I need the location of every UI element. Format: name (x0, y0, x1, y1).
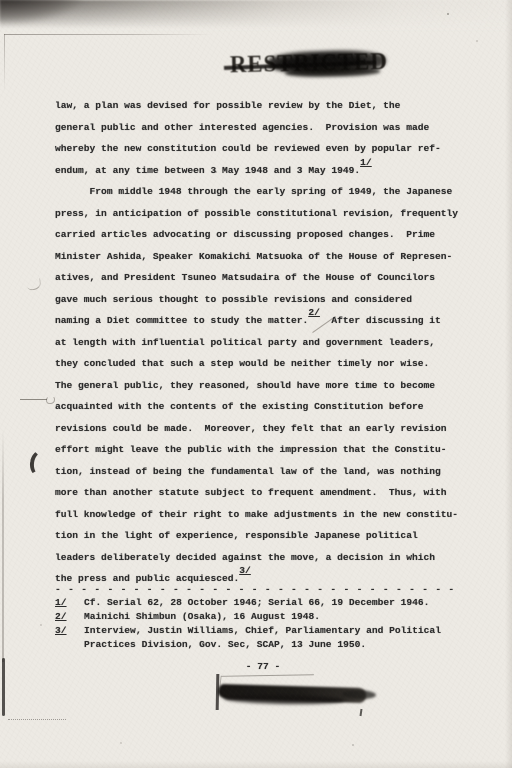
footnote-separator-dashes: - - - - - - - - - - - - - - - - - - - - … (55, 584, 475, 595)
footnote-line: 2/Mainichi Shimbun (Osaka), 16 August 19… (55, 610, 485, 624)
body-line-text: From middle 1948 through the early sprin… (55, 186, 452, 197)
body-line-text: naming a Diet committee to study the mat… (55, 315, 308, 326)
crease-line-vertical (4, 34, 5, 92)
body-line: whereby the new constitution could be re… (55, 138, 475, 160)
body-line: effort might leave the public with the i… (55, 439, 475, 461)
margin-check-mark (26, 278, 41, 291)
body-line: From middle 1948 through the early sprin… (55, 181, 475, 203)
restricted-stamp-struck-out: RESTRICTED (230, 48, 401, 86)
footnote-line: 1/Cf. Serial 62, 28 October 1946; Serial… (55, 596, 485, 610)
body-line-text: more than another statute subject to fre… (55, 487, 447, 498)
body-line: they concluded that such a step would be… (55, 353, 475, 375)
body-line-text: carried articles advocating or discussin… (55, 229, 435, 240)
body-line: law, a plan was devised for possible rev… (55, 95, 475, 117)
body-line-text: acquainted with the contents of the exis… (55, 401, 423, 412)
body-line: The general public, they reasoned, shoul… (55, 375, 475, 397)
footnote-reference-superscript: 3/ (239, 565, 251, 576)
body-line-text-after: After discussing it (320, 315, 441, 326)
body-line-text: tion in the light of experience, respons… (55, 530, 418, 541)
body-line-text: endum, at any time between 3 May 1948 an… (55, 165, 360, 176)
stamp-small-mark (360, 709, 363, 716)
footnote-text: Practices Division, Gov. Sec, SCAP, 13 J… (84, 639, 366, 650)
bottom-dotted-mark (8, 719, 66, 720)
page-right-edge-shading (505, 0, 512, 768)
scanned-document-page: RESTRICTED law, a plan was devised for p… (0, 0, 512, 768)
body-line-text: law, a plan was devised for possible rev… (55, 100, 400, 111)
left-edge-crease (2, 430, 4, 662)
body-line-text: Minister Ashida, Speaker Komakichi Matsu… (55, 251, 452, 262)
body-line-text: general public and other interested agen… (55, 122, 429, 133)
body-line: carried articles advocating or discussin… (55, 224, 475, 246)
body-line-text: revisions could be made. Moreover, they … (55, 423, 447, 434)
body-line-text: effort might leave the public with the i… (55, 444, 447, 455)
body-line-text: whereby the new constitution could be re… (55, 143, 441, 154)
footnote-number: 1/ (55, 596, 84, 610)
redacted-stamp-bottom (214, 672, 382, 720)
body-line: more than another statute subject to fre… (55, 482, 475, 504)
body-line: atives, and President Tsuneo Matsudaira … (55, 267, 475, 289)
page-bottom-edge-shading (0, 761, 512, 768)
margin-crescent-mark (28, 449, 53, 479)
footnote-number: 2/ (55, 610, 84, 624)
document-body: law, a plan was devised for possible rev… (55, 95, 475, 590)
body-line-text: full knowledge of their right to make ad… (55, 509, 458, 520)
body-line-text: at length with influential political par… (55, 337, 435, 348)
footnote-text: Mainichi Shimbun (Osaka), 16 August 1948… (84, 611, 320, 622)
body-line: revisions could be made. Moreover, they … (55, 418, 475, 440)
body-line: tion in the light of experience, respons… (55, 525, 475, 547)
body-line-text: press, in anticipation of possible const… (55, 208, 458, 219)
body-line-text: tion, instead of being the fundamental l… (55, 466, 441, 477)
footnote-text: Cf. Serial 62, 28 October 1946; Serial 6… (84, 597, 429, 608)
page-number: - 77 - (0, 661, 512, 672)
body-line-text: The general public, they reasoned, shoul… (55, 380, 435, 391)
body-line: at length with influential political par… (55, 332, 475, 354)
body-line: naming a Diet committee to study the mat… (55, 310, 475, 332)
body-line: acquainted with the contents of the exis… (55, 396, 475, 418)
body-line: gave much serious thought to possible re… (55, 289, 475, 311)
footnote-reference-superscript: 2/ (308, 307, 320, 318)
margin-squiggle-mark (46, 396, 55, 404)
body-line-text: the press and public acquiesced. (55, 573, 239, 584)
footnotes-block: 1/Cf. Serial 62, 28 October 1946; Serial… (55, 596, 485, 652)
margin-dash-mark (20, 399, 47, 400)
body-line: Minister Ashida, Speaker Komakichi Matsu… (55, 246, 475, 268)
body-line: press, in anticipation of possible const… (55, 203, 475, 225)
body-line-text: atives, and President Tsuneo Matsudaira … (55, 272, 435, 283)
body-line: general public and other interested agen… (55, 117, 475, 139)
body-line: endum, at any time between 3 May 1948 an… (55, 160, 475, 182)
footnote-line: Practices Division, Gov. Sec, SCAP, 13 J… (55, 638, 485, 652)
scan-specks (0, 0, 2, 2)
body-line: leaders deliberately decided against the… (55, 547, 475, 569)
footnote-line: 3/Interview, Justin Williams, Chief, Par… (55, 624, 485, 638)
scan-corner-blot (0, 0, 82, 24)
body-line-text: gave much serious thought to possible re… (55, 294, 412, 305)
body-line-text: they concluded that such a step would be… (55, 358, 429, 369)
footnote-number: 3/ (55, 624, 84, 638)
footnote-text: Interview, Justin Williams, Chief, Parli… (84, 625, 441, 636)
body-line-text: leaders deliberately decided against the… (55, 552, 435, 563)
footnote-reference-superscript: 1/ (360, 157, 372, 168)
body-line: tion, instead of being the fundamental l… (55, 461, 475, 483)
crease-line-horizontal (4, 34, 212, 35)
body-line: full knowledge of their right to make ad… (55, 504, 475, 526)
